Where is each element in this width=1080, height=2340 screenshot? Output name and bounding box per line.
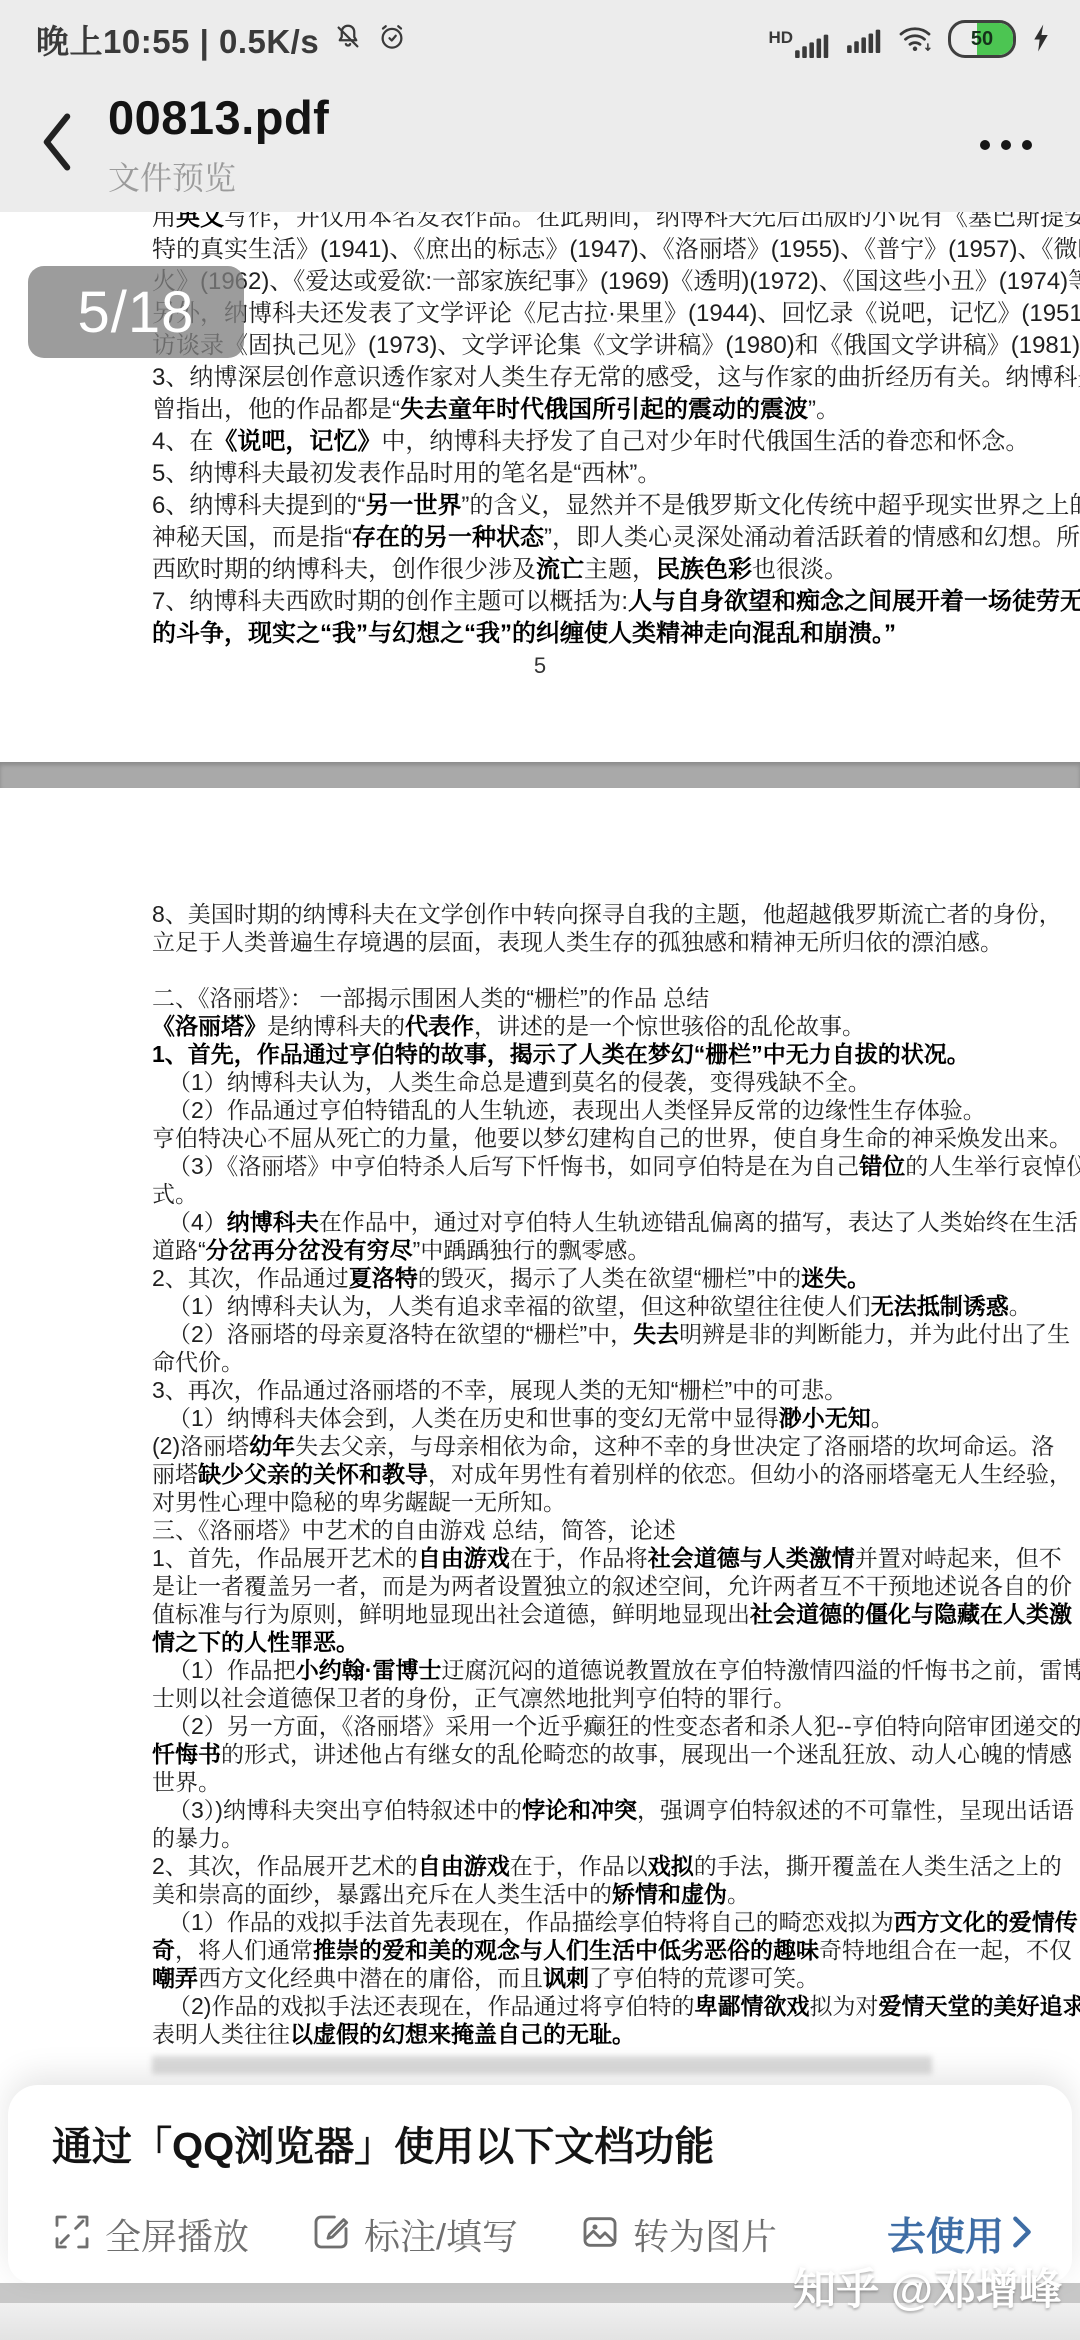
doc-line: 式。 xyxy=(152,1180,1022,1208)
doc-text: ”中踽踽独行的飘零感。 xyxy=(413,1237,651,1263)
go-use-button[interactable]: 去使用 xyxy=(887,2206,1032,2262)
pdf-page-6: 8、美国时期的纳博科夫在文学创作中转向探寻自我的主题，他超越俄罗斯流亡者的身份，… xyxy=(0,900,1080,2048)
doc-line: 的暴力。 xyxy=(152,1824,1022,1852)
doc-line: 对男性心理中隐秘的卑劣龌龊一无所知。 xyxy=(152,1488,1022,1516)
doc-line: 7、纳博科夫西欧时期的创作主题可以概括为:人与自身欲望和痴念之间展开着一场徒劳无… xyxy=(152,586,1022,618)
doc-line: （2）作品通过亨伯特错乱的人生轨迹，表现出人类怪异反常的边缘性生存体验。 xyxy=(152,1096,1022,1124)
doc-text: 中，纳博科夫抒发了自己对少年时代俄国生活的眷恋和怀念。 xyxy=(381,428,1029,455)
doc-text: 美和崇高的面纱，暴露出充斥在人类生活中的 xyxy=(152,1881,612,1907)
doc-text: 的手法，撕开覆盖在人类生活之上的 xyxy=(694,1853,1062,1879)
status-time-speed: 晚上10:55 | 0.5K/s xyxy=(36,16,319,63)
doc-text: ，强调亨伯特叙述的不可靠性，呈现出话语 xyxy=(637,1797,1074,1823)
doc-line: 表明人类往往以虚假的幻想来掩盖自己的无耻。 xyxy=(152,2020,1022,2048)
screen: 用英文写作，并仅用本名发表作品。在此期间，纳博科夫先后出版的小说有《塞巴斯提安·… xyxy=(0,0,1080,2340)
back-chevron-icon xyxy=(40,111,74,178)
doc-text-bold: 嘲弄 xyxy=(152,1965,198,1991)
doc-text: (2)洛丽塔 xyxy=(152,1433,249,1459)
doc-line: 丽塔缺少父亲的关怀和教导，对成年男性有着别样的依恋。但幼小的洛丽塔毫无人生经验， xyxy=(152,1460,1022,1488)
doc-text-bold: 忏悔书 xyxy=(152,1741,221,1767)
doc-line: 值标准与行为原则，鲜明地显现出社会道德，鲜明地显现出社会道德的僵化与隐藏在人类激 xyxy=(152,1600,1022,1628)
doc-text: （2）作品通过亨伯特错乱的人生轨迹，表现出人类怪异反常的边缘性生存体验。 xyxy=(168,1097,986,1123)
doc-text: 了亨伯特的荒谬可笑。 xyxy=(589,1965,819,1991)
back-button[interactable] xyxy=(40,110,84,180)
doc-line: 是让一者覆盖另一者，而是为两者设置独立的叙述空间，允许两者互不干预地述说各自的价 xyxy=(152,1572,1022,1600)
doc-text-bold: 英文 xyxy=(176,212,224,231)
doc-text: 命代价。 xyxy=(152,1349,244,1375)
doc-text: 。 xyxy=(727,1881,750,1907)
doc-text-bold: 1、首先，作品通过亨伯特的故事，揭示了人类在梦幻“栅栏”中无力自拔的状况。 xyxy=(152,1041,970,1067)
annotate-icon xyxy=(311,2212,351,2257)
doc-text-bold: 《洛丽塔》 xyxy=(152,1013,267,1039)
battery-percent: 50 xyxy=(951,23,1013,55)
doc-text-bold: 夏洛特 xyxy=(349,1265,418,1291)
clipped-text-line xyxy=(152,2056,932,2074)
header-titles: 00813.pdf 文件预览 xyxy=(108,90,329,199)
battery-icon: 50 xyxy=(948,20,1016,58)
doc-text: 6、纳博科夫提到的“ xyxy=(152,492,365,519)
doc-text-bold: 错位 xyxy=(859,1153,905,1179)
doc-text-bold: 纳博科夫 xyxy=(227,1209,319,1235)
doc-text-bold: 渺小无知 xyxy=(779,1405,871,1431)
doc-line: 二、《洛丽塔》： 一部揭示围困人类的“栅栏”的作品 总结 xyxy=(152,984,1022,1012)
status-right: HD xyxy=(768,20,1050,58)
doc-text-bold: 《说吧，记忆》 xyxy=(213,428,381,455)
doc-text: 的毁灭，揭示了人类在欲望“栅栏”中的 xyxy=(418,1265,801,1291)
doc-text: 明辨是非的判断能力，并为此付出了生 xyxy=(679,1321,1070,1347)
doc-text: （2）另一方面，《洛丽塔》采用一个近乎癫狂的性变态者和杀人犯--亨伯特向陪审团递… xyxy=(168,1713,1080,1739)
doc-line: （2）洛丽塔的母亲夏洛特在欲望的“栅栏”中，失去明辨是非的判断能力，并为此付出了… xyxy=(152,1320,1022,1348)
doc-text: 二、《洛丽塔》： 一部揭示围困人类的“栅栏”的作品 总结 xyxy=(152,985,709,1011)
doc-line: 3、纳博深层创作意识透作家对人类生存无常的感受，这与作家的曲折经历有关。纳博科夫 xyxy=(152,362,1022,394)
doc-text: 在于，作品以 xyxy=(510,1853,648,1879)
doc-text: （1）纳博科夫体会到，人类在历史和世事的变幻无常中显得 xyxy=(168,1405,779,1431)
doc-line: 另外，纳博科夫还发表了文学评论《尼古拉·果里》(1944)、回忆录《说吧，记忆》… xyxy=(152,298,1022,330)
file-subtitle: 文件预览 xyxy=(108,153,329,199)
doc-line: 西欧时期的纳博科夫，创作很少涉及流亡主题，民族色彩也很淡。 xyxy=(152,554,1022,586)
doc-text: 的形式，讲述他占有继女的乱伦畸恋的故事，展现出一个迷乱狂放、动人心魄的情感 xyxy=(221,1741,1072,1767)
doc-line: 神秘天国，而是指“存在的另一种状态”，即人类心灵深处涌动着活跃着的情感和幻想。所… xyxy=(152,522,1022,554)
doc-text: 道路“ xyxy=(152,1237,206,1263)
doc-line: (2)洛丽塔幼年失去父亲，与母亲相依为命，这种不幸的身世决定了洛丽塔的坎坷命运。… xyxy=(152,1432,1022,1460)
doc-line: （3）《洛丽塔》中亨伯特杀人后写下忏悔书，如同亨伯特是在为自己错位的人生举行哀悼… xyxy=(152,1152,1022,1180)
doc-line: （1）作品把小约翰·雷博士迂腐沉闷的道德说教置放在亨伯特激情四溢的忏悔书之前，雷… xyxy=(152,1656,1022,1684)
sheet-actions-row: 全屏播放 标注/填写 xyxy=(52,2206,1032,2262)
doc-text: 另外，纳博科夫还发表了文学评论《尼古拉·果里》(1944)、回忆录《说吧，记忆》… xyxy=(152,300,1080,327)
doc-text-bold: 自由游戏 xyxy=(418,1545,510,1571)
doc-text-bold: 幼年 xyxy=(249,1433,295,1459)
chevron-right-icon xyxy=(1012,2215,1032,2254)
qq-browser-bottom-sheet: 通过「QQ浏览器」使用以下文档功能 全屏播放 标注/ xyxy=(8,2085,1072,2283)
muted-bell-icon xyxy=(333,22,363,57)
doc-text-bold: 卑鄙情欲戏 xyxy=(694,1993,809,2019)
page-gap xyxy=(0,788,1080,900)
doc-text: （2）洛丽塔的母亲夏洛特在欲望的“栅栏”中， xyxy=(168,1321,633,1347)
to-image-action[interactable]: 转为图片 xyxy=(580,2209,777,2260)
doc-text-bold: 失去童年时代俄国所引起的震动的震波 xyxy=(400,396,808,423)
doc-line: （3）)纳博科夫突出亨伯特叙述中的悖论和冲突，强调亨伯特叙述的不可靠性，呈现出话… xyxy=(152,1796,1022,1824)
more-menu-button[interactable] xyxy=(976,120,1036,170)
doc-text-bold: 推崇的爱和美的观念与人们生活中低劣恶俗的趣味 xyxy=(313,1937,819,1963)
sheet-title: 通过「QQ浏览器」使用以下文档功能 xyxy=(52,2115,1032,2172)
to-image-label: 转为图片 xyxy=(633,2209,777,2260)
doc-text-bold: 爱情天堂的美好追求 xyxy=(878,1993,1080,2019)
doc-text: 用 xyxy=(152,212,176,231)
doc-text-bold: 自由游戏 xyxy=(418,1853,510,1879)
doc-text-bold: 矫情和虚伪 xyxy=(612,1881,727,1907)
doc-line: 4、在《说吧，记忆》中，纳博科夫抒发了自己对少年时代俄国生活的眷恋和怀念。 xyxy=(152,426,1022,458)
doc-text-bold: 戏拟 xyxy=(648,1853,694,1879)
doc-text: 三、《洛丽塔》中艺术的自由游戏 总结，简答，论述 xyxy=(152,1517,676,1543)
wifi-icon xyxy=(898,25,932,58)
to-image-icon xyxy=(580,2212,620,2257)
doc-text-bold: 迷失。 xyxy=(801,1265,870,1291)
doc-text: 2、其次，作品通过 xyxy=(152,1265,349,1291)
doc-text: 曾指出，他的作品都是“ xyxy=(152,396,400,423)
doc-text: ”。 xyxy=(808,396,840,423)
doc-text: 8、美国时期的纳博科夫在文学创作中转向探寻自我的主题，他超越俄罗斯流亡者的身份， xyxy=(152,901,1062,927)
doc-text-bold: 分岔再分岔没有穷尽 xyxy=(206,1237,413,1263)
charging-bolt-icon xyxy=(1032,23,1050,58)
doc-text: 特的真实生活》(1941)、《庶出的标志》(1947)、《洛丽塔》(1955)、… xyxy=(152,236,1080,263)
doc-text: 4、在 xyxy=(152,428,213,455)
doc-line: 亨伯特决心不屈从死亡的力量，他要以梦幻建构自己的世界，使自身生命的神采焕发出来。 xyxy=(152,1124,1022,1152)
doc-line: （2）另一方面，《洛丽塔》采用一个近乎癫狂的性变态者和杀人犯--亨伯特向陪审团递… xyxy=(152,1712,1022,1740)
doc-line: 2、其次，作品展开艺术的自由游戏在于，作品以戏拟的手法，撕开覆盖在人类生活之上的 xyxy=(152,1852,1022,1880)
doc-text: 丽塔 xyxy=(152,1461,198,1487)
doc-line: 忏悔书的形式，讲述他占有继女的乱伦畸恋的故事，展现出一个迷乱狂放、动人心魄的情感 xyxy=(152,1740,1022,1768)
hd-signal-icon: HD xyxy=(768,32,830,58)
doc-text-bold: 情之下的人性罪恶。 xyxy=(152,1629,359,1655)
doc-text: 值标准与行为原则，鲜明地显现出社会道德，鲜明地显现出 xyxy=(152,1601,750,1627)
page-gap xyxy=(0,682,1080,762)
doc-text-bold: 讽刺 xyxy=(543,1965,589,1991)
doc-text: （3）《洛丽塔》中亨伯特杀人后写下忏悔书，如同亨伯特是在为自己 xyxy=(168,1153,859,1179)
doc-line: 三、《洛丽塔》中艺术的自由游戏 总结，简答，论述 xyxy=(152,1516,1022,1544)
doc-text-bold: 代表作 xyxy=(405,1013,474,1039)
doc-text-bold: 另一世界 xyxy=(365,492,461,519)
doc-line: （1）纳博科夫认为，人类有追求幸福的欲望，但这种欲望往往使人们无法抵制诱惑。 xyxy=(152,1292,1022,1320)
doc-text: （1）纳博科夫认为，人类有追求幸福的欲望，但这种欲望往往使人们 xyxy=(168,1293,871,1319)
doc-line: （4）纳博科夫在作品中，通过对亨伯特人生轨迹错乱偏离的描写，表达了人类始终在生活 xyxy=(152,1208,1022,1236)
doc-text: 2、其次，作品展开艺术的 xyxy=(152,1853,418,1879)
doc-text: 亨伯特决心不屈从死亡的力量，他要以梦幻建构自己的世界，使自身生命的神采焕发出来。 xyxy=(152,1125,1072,1151)
doc-text: 3、纳博深层创作意识透作家对人类生存无常的感受，这与作家的曲折经历有关。纳博科夫 xyxy=(152,364,1080,391)
doc-text: 1、首先，作品展开艺术的 xyxy=(152,1545,418,1571)
doc-text: 的暴力。 xyxy=(152,1825,244,1851)
doc-text: 。 xyxy=(871,1405,894,1431)
doc-text: ，将人们通常 xyxy=(175,1937,313,1963)
doc-line: 士则以社会道德保卫者的身份，正气凛然地批判亨伯特的罪行。 xyxy=(152,1684,1022,1712)
doc-text: 士则以社会道德保卫者的身份，正气凛然地批判亨伯特的罪行。 xyxy=(152,1685,796,1711)
page-number: 5 xyxy=(0,650,1080,682)
doc-line: （1）纳博科夫体会到，人类在历史和世事的变幻无常中显得渺小无知。 xyxy=(152,1404,1022,1432)
doc-text-bold: 西方文化的爱情传 xyxy=(894,1909,1078,1935)
doc-line: 《洛丽塔》是纳博科夫的代表作，讲述的是一个惊世骇俗的乱伦故事。 xyxy=(152,1012,1022,1040)
doc-text: 表明人类往往 xyxy=(152,2021,290,2047)
header: 00813.pdf 文件预览 xyxy=(0,72,1080,199)
doc-text: 神秘天国，而是指“ xyxy=(152,524,352,551)
doc-text-bold: 的斗争，现实之“我”与幻想之“我”的纠缠使人类精神走向混乱和崩溃。” xyxy=(152,620,896,647)
doc-line: 情之下的人性罪恶。 xyxy=(152,1628,1022,1656)
doc-text: ，对成年男性有着别样的依恋。但幼小的洛丽塔毫无人生经验， xyxy=(428,1461,1072,1487)
more-ellipsis-icon xyxy=(980,140,990,150)
doc-text: 3、再次，作品通过洛丽塔的不幸，展现人类的无知“栅栏”中的可悲。 xyxy=(152,1377,847,1403)
doc-line: 特的真实生活》(1941)、《庶出的标志》(1947)、《洛丽塔》(1955)、… xyxy=(152,234,1022,266)
signal-icon xyxy=(846,27,882,58)
doc-text: 是让一者覆盖另一者，而是为两者设置独立的叙述空间，允许两者互不干预地述说各自的价 xyxy=(152,1573,1072,1599)
doc-text: （3）)纳博科夫突出亨伯特叙述中的 xyxy=(168,1797,522,1823)
doc-text-bold: 小约翰·雷博士 xyxy=(296,1657,442,1683)
doc-text-bold: 失去 xyxy=(633,1321,679,1347)
doc-text-bold: 以虚假的幻想来掩盖自己的无耻。 xyxy=(290,2021,635,2047)
doc-text: 是纳博科夫的 xyxy=(267,1013,405,1039)
doc-text: 7、纳博科夫西欧时期的创作主题可以概括为: xyxy=(152,588,628,615)
watermark: 知乎 @邓增峰 xyxy=(793,2256,1062,2317)
doc-line: 访谈录《固执己见》(1973)、文学评论集《文学讲稿》(1980)和《俄国文学讲… xyxy=(152,330,1022,362)
doc-line: 命代价。 xyxy=(152,1348,1022,1376)
pdf-viewport[interactable]: 用英文写作，并仅用本名发表作品。在此期间，纳博科夫先后出版的小说有《塞巴斯提安·… xyxy=(0,212,1080,2340)
doc-line: 6、纳博科夫提到的“另一世界”的含义，显然并不是俄罗斯文化传统中超乎现实世界之上… xyxy=(152,490,1022,522)
doc-text: 世界。 xyxy=(152,1769,221,1795)
doc-line: 用英文写作，并仅用本名发表作品。在此期间，纳博科夫先后出版的小说有《塞巴斯提安·… xyxy=(152,212,1022,234)
doc-text: 立足于人类普遍生存境遇的层面，表现人类生存的孤独感和精神无所归依的漂泊感。 xyxy=(152,929,1003,955)
doc-text: 在作品中，通过对亨伯特人生轨迹错乱偏离的描写，表达了人类始终在生活 xyxy=(319,1209,1078,1235)
doc-text-bold: 缺少父亲的关怀和教导 xyxy=(198,1461,428,1487)
doc-line: 美和崇高的面纱，暴露出充斥在人类生活中的矫情和虚伪。 xyxy=(152,1880,1022,1908)
doc-line: 曾指出，他的作品都是“失去童年时代俄国所引起的震动的震波”。 xyxy=(152,394,1022,426)
doc-text: （2)作品的戏拟手法还表现在，作品通过将亨伯特的 xyxy=(168,1993,694,2019)
doc-text: （1）纳博科夫认为，人类生命总是遭到莫名的侵袭，变得残缺不全。 xyxy=(168,1069,871,1095)
doc-line: 奇，将人们通常推崇的爱和美的观念与人们生活中低劣恶俗的趣味奇特地组合在一起，不仅 xyxy=(152,1936,1022,1964)
fullscreen-icon xyxy=(52,2212,92,2257)
top-chrome: 晚上10:55 | 0.5K/s xyxy=(0,0,1080,212)
more-ellipsis-icon xyxy=(1001,140,1011,150)
fullscreen-action[interactable]: 全屏播放 xyxy=(52,2209,249,2260)
doc-text: 5、纳博科夫最初发表作品时用的笔名是“西林”。 xyxy=(152,460,661,487)
doc-line: 立足于人类普遍生存境遇的层面，表现人类生存的孤独感和精神无所归依的漂泊感。 xyxy=(152,928,1022,956)
doc-text-bold: 社会道德的僵化与隐藏在人类激 xyxy=(750,1601,1072,1627)
doc-text-bold: 无法抵制诱惑 xyxy=(871,1293,1009,1319)
doc-text: 。 xyxy=(1009,1293,1032,1319)
doc-line: 1、首先，作品通过亨伯特的故事，揭示了人类在梦幻“栅栏”中无力自拔的状况。 xyxy=(152,1040,1022,1068)
doc-text-bold: 民族色彩 xyxy=(656,556,752,583)
doc-text: 也很淡。 xyxy=(752,556,848,583)
doc-line: （1）作品的戏拟手法首先表现在，作品描绘享伯特将自己的畸恋戏拟为西方文化的爱情传 xyxy=(152,1908,1022,1936)
doc-text: 写作，并仅用本名发表作品。在此期间，纳博科夫先后出版的小说有《塞巴斯提安·奈 xyxy=(224,212,1080,231)
doc-text-bold: 奇 xyxy=(152,1937,175,1963)
doc-text: 西欧时期的纳博科夫，创作很少涉及 xyxy=(152,556,536,583)
doc-line: （2)作品的戏拟手法还表现在，作品通过将亨伯特的卑鄙情欲戏拟为对爱情天堂的美好追… xyxy=(152,1992,1022,2020)
doc-text: （4） xyxy=(168,1209,227,1235)
doc-line: 5、纳博科夫最初发表作品时用的笔名是“西林”。 xyxy=(152,458,1022,490)
doc-text: ”的含义，显然并不是俄罗斯文化传统中超乎现实世界之上的 xyxy=(461,492,1080,519)
file-title: 00813.pdf xyxy=(108,90,329,145)
doc-line: 2、其次，作品通过夏洛特的毁灭，揭示了人类在欲望“栅栏”中的迷失。 xyxy=(152,1264,1022,1292)
doc-text-bold: 流亡 xyxy=(536,556,584,583)
page-separator-band xyxy=(0,762,1080,788)
doc-line: 的斗争，现实之“我”与幻想之“我”的纠缠使人类精神走向混乱和崩溃。” xyxy=(152,618,1022,650)
doc-text: 的人生举行哀悼仪 xyxy=(905,1153,1080,1179)
doc-text: （1）作品的戏拟手法首先表现在，作品描绘享伯特将自己的畸恋戏拟为 xyxy=(168,1909,894,1935)
doc-text-bold: 人与自身欲望和痴念之间展开着一场徒劳无果 xyxy=(628,588,1080,615)
doc-line: 世界。 xyxy=(152,1768,1022,1796)
doc-line: 8、美国时期的纳博科夫在文学创作中转向探寻自我的主题，他超越俄罗斯流亡者的身份， xyxy=(152,900,1022,928)
doc-text: 失去父亲，与母亲相依为命，这种不幸的身世决定了洛丽塔的坎坷命运。洛 xyxy=(295,1433,1054,1459)
doc-text: ”，即人类心灵深处涌动着活跃着的情感和幻想。所以， xyxy=(544,524,1080,551)
doc-line: 道路“分岔再分岔没有穷尽”中踽踽独行的飘零感。 xyxy=(152,1236,1022,1264)
doc-text: 在于，作品将 xyxy=(510,1545,648,1571)
annotate-action[interactable]: 标注/填写 xyxy=(311,2209,518,2260)
doc-text: 式。 xyxy=(152,1181,198,1207)
status-bar: 晚上10:55 | 0.5K/s xyxy=(0,0,1080,72)
doc-text-bold: 悖论和冲突 xyxy=(522,1797,637,1823)
doc-text: 访谈录《固执己见》(1973)、文学评论集《文学讲稿》(1980)和《俄国文学讲… xyxy=(152,332,1080,359)
status-left: 晚上10:55 | 0.5K/s xyxy=(36,16,407,63)
doc-text: 并置对峙起来，但不 xyxy=(855,1545,1062,1571)
doc-line: 嘲弄西方文化经典中潜在的庸俗，而且讽刺了亨伯特的荒谬可笑。 xyxy=(152,1964,1022,1992)
doc-text: 对男性心理中隐秘的卑劣龌龊一无所知。 xyxy=(152,1489,566,1515)
page-indicator-badge: 5/18 xyxy=(28,266,244,358)
doc-text: （1）作品把 xyxy=(168,1657,296,1683)
doc-line: 1、首先，作品展开艺术的自由游戏在于，作品将社会道德与人类激情并置对峙起来，但不 xyxy=(152,1544,1022,1572)
doc-text: 火》(1962)、《爱达或爱欲:一部家族纪事》(1969)《透明)(1972)、… xyxy=(152,268,1080,295)
doc-text: 主题， xyxy=(584,556,656,583)
go-use-label: 去使用 xyxy=(887,2206,1004,2262)
doc-text: ，讲述的是一个惊世骇俗的乱伦故事。 xyxy=(474,1013,865,1039)
doc-line: 火》(1962)、《爱达或爱欲:一部家族纪事》(1969)《透明)(1972)、… xyxy=(152,266,1022,298)
more-ellipsis-icon xyxy=(1022,140,1032,150)
doc-text-bold: 社会道德与人类激情 xyxy=(648,1545,855,1571)
doc-text: 西方文化经典中潜在的庸俗，而且 xyxy=(198,1965,543,1991)
alarm-clock-icon xyxy=(377,22,407,57)
fullscreen-label: 全屏播放 xyxy=(105,2209,249,2260)
doc-line: 3、再次，作品通过洛丽塔的不幸，展现人类的无知“栅栏”中的可悲。 xyxy=(152,1376,1022,1404)
doc-text: 迂腐沉闷的道德说教置放在亨伯特激情四溢的忏悔书之前，雷博 xyxy=(441,1657,1080,1683)
annotate-label: 标注/填写 xyxy=(364,2209,518,2260)
doc-text: 拟为对 xyxy=(809,1993,878,2019)
doc-text-bold: 存在的另一种状态 xyxy=(352,524,544,551)
doc-text: 奇特地组合在一起，不仅 xyxy=(819,1937,1072,1963)
doc-line: （1）纳博科夫认为，人类生命总是遭到莫名的侵袭，变得残缺不全。 xyxy=(152,1068,1022,1096)
